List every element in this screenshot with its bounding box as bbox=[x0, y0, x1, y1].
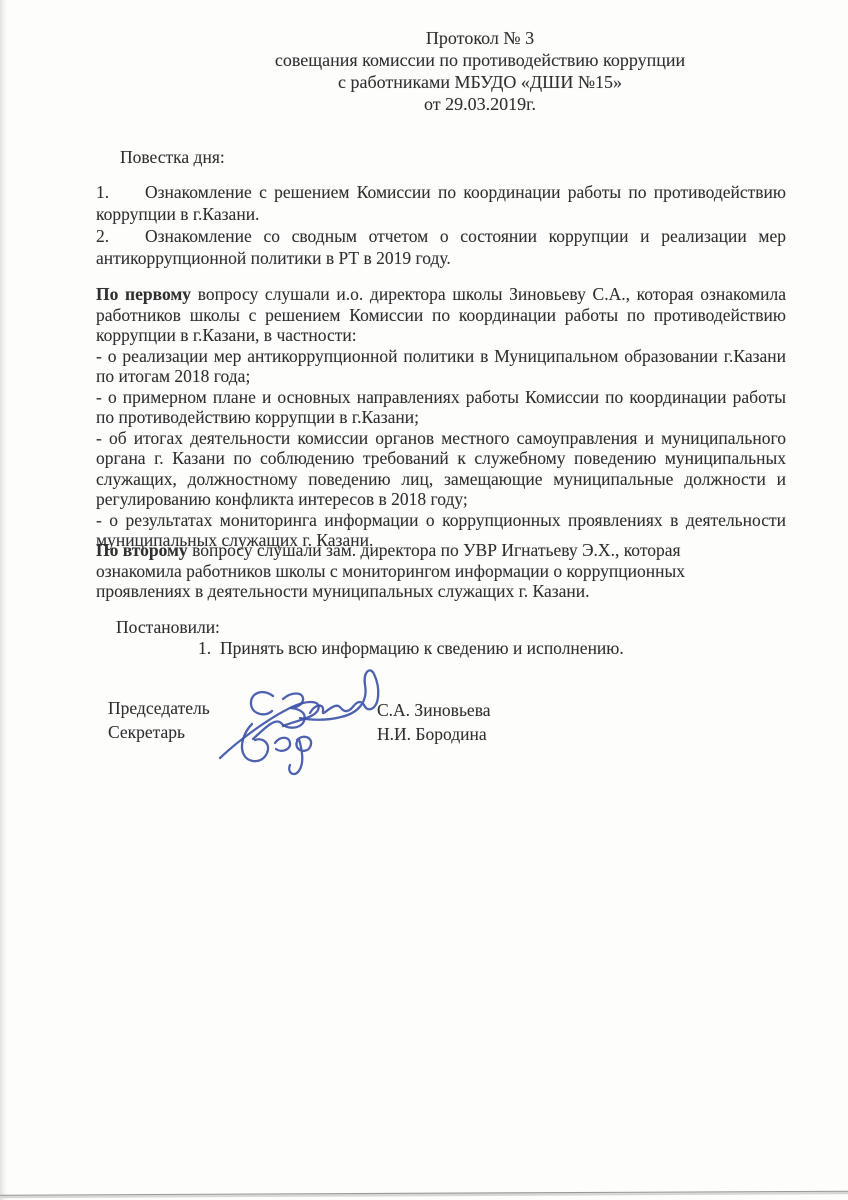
document-title: Протокол № 3 совещания комиссии по проти… bbox=[160, 27, 800, 115]
title-line-3: с работниками МБУДО «ДШИ №15» bbox=[160, 71, 800, 93]
first-question-point-3: - об итогах деятельности комиссии органо… bbox=[96, 428, 786, 510]
signature-zinovyeva-ink bbox=[251, 670, 378, 739]
resolution-item-1-text: Принять всю информацию к сведению и испо… bbox=[220, 638, 624, 658]
agenda-item-2: 2.Ознакомление со сводным отчетом о сост… bbox=[96, 225, 786, 269]
first-question-paragraph: По первому вопросу слушали и.о. директор… bbox=[96, 284, 786, 346]
first-question-point-1: - о реализации мер антикоррупционной пол… bbox=[96, 346, 786, 387]
scan-edge-line bbox=[0, 1185, 848, 1200]
title-line-4: от 29.03.2019г. bbox=[160, 93, 800, 115]
chairman-role-label: Председатель bbox=[108, 698, 210, 718]
agenda-item-1: 1.Ознакомление с решением Комиссии по ко… bbox=[96, 181, 786, 225]
handwritten-signatures bbox=[212, 658, 407, 788]
first-question-point-2: - о примерном плане и основных направлен… bbox=[96, 387, 786, 428]
agenda-item-1-number: 1. bbox=[96, 181, 145, 203]
first-question-section: По первому вопросу слушали и.о. директор… bbox=[96, 284, 786, 551]
resolution-heading: Постановили: bbox=[116, 617, 220, 638]
document-page: Протокол № 3 совещания комиссии по проти… bbox=[0, 0, 848, 1200]
first-question-lead: По первому bbox=[96, 284, 191, 304]
agenda-item-2-number: 2. bbox=[96, 225, 145, 247]
second-question-section: По второму вопросу слушали зам. директор… bbox=[96, 540, 732, 602]
agenda-list: 1.Ознакомление с решением Комиссии по ко… bbox=[96, 181, 786, 269]
resolution-item-1: 1.Принять всю информацию к сведению и ис… bbox=[198, 638, 758, 659]
agenda-item-1-text: Ознакомление с решением Комиссии по коор… bbox=[96, 182, 786, 224]
resolution-item-1-number: 1. bbox=[198, 638, 220, 659]
title-line-1: Протокол № 3 bbox=[160, 27, 800, 49]
agenda-heading: Повестка дня: bbox=[120, 147, 225, 168]
second-question-lead: По второму bbox=[96, 540, 188, 560]
page-edge-shadow bbox=[0, 0, 7, 1200]
agenda-item-2-text: Ознакомление со сводным отчетом о состоя… bbox=[96, 226, 786, 268]
first-question-text: вопросу слушали и.о. директора школы Зин… bbox=[96, 284, 786, 345]
secretary-role-label: Секретарь bbox=[108, 722, 185, 742]
title-line-2: совещания комиссии по противодействию ко… bbox=[160, 49, 800, 71]
